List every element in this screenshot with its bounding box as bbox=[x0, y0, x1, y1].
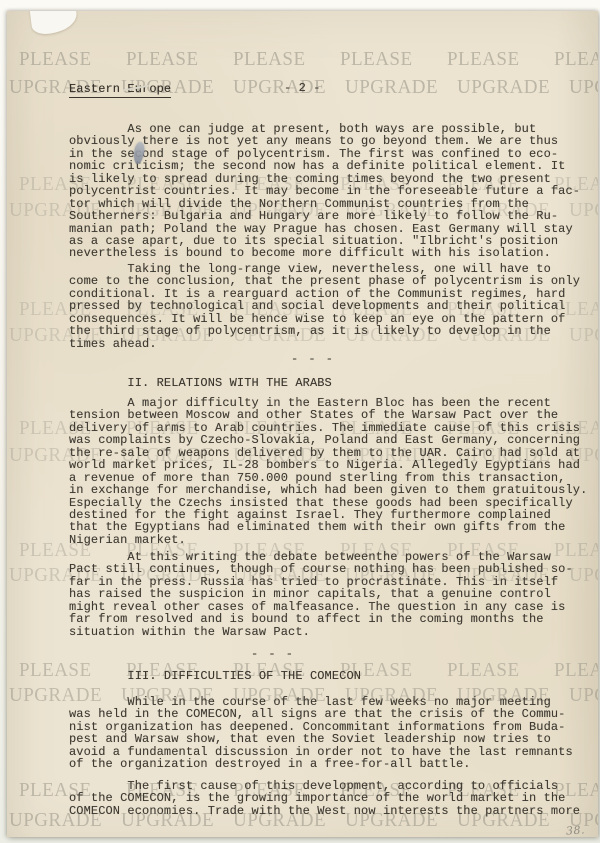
text-line: polycentrist countries. It may become in… bbox=[69, 185, 580, 197]
handwritten-page-number: 38. bbox=[566, 823, 586, 837]
text-line: pressed by technological and social deve… bbox=[69, 300, 580, 312]
section-heading: II. RELATIONS WITH THE ARABS bbox=[69, 377, 332, 389]
paragraph: While in the course of the last few week… bbox=[69, 696, 573, 771]
paragraph: Taking the long-range view, nevertheless… bbox=[69, 263, 580, 350]
text-line: Nigerian market. bbox=[69, 534, 587, 546]
text-line: nevertheless is bound to become more dif… bbox=[69, 247, 580, 259]
paragraph: A major difficulty in the Eastern Bloc h… bbox=[69, 397, 587, 546]
text-line: the third stage of polycentrism, as it i… bbox=[69, 325, 580, 337]
header-page-number: - 2 - bbox=[284, 81, 321, 95]
typed-layer: Eastern Europe - 2 - As one can judge at… bbox=[7, 11, 598, 837]
text-line: has raised the suspicion in minor capita… bbox=[69, 588, 573, 600]
text-line: Pact still continues, though of course n… bbox=[69, 563, 573, 575]
paragraph: The first cause of this development, acc… bbox=[69, 780, 580, 817]
text-line: was complaints by Czecho-Slovakia, Polan… bbox=[69, 434, 587, 446]
text-line: pest and Warsaw show, that even the Sovi… bbox=[69, 733, 573, 745]
text-line: - - - bbox=[291, 353, 335, 365]
section-heading: III. DIFFICULTIES OF THE COMECON bbox=[69, 670, 361, 682]
text-line: of the organization destroyed in a free-… bbox=[69, 758, 573, 770]
paper-sheet: PLEASEPLEASEPLEASEPLEASEPLEASEPLEASEUPGR… bbox=[7, 11, 598, 837]
text-line: tension between Moscow and other States … bbox=[69, 409, 587, 421]
text-line: nomic criticism; the second now has a de… bbox=[69, 160, 580, 172]
scanned-page: PLEASEPLEASEPLEASEPLEASEPLEASEPLEASEUPGR… bbox=[0, 0, 600, 843]
text-line: come to the conclusion, that the present… bbox=[69, 275, 580, 287]
separator: - - - bbox=[251, 648, 295, 660]
text-line: times ahead. bbox=[69, 338, 580, 350]
separator: - - - bbox=[291, 353, 335, 365]
text-line: in exchange for merchandise, which had b… bbox=[69, 484, 587, 496]
text-line: COMECON economies. Trade with the West n… bbox=[69, 805, 580, 817]
text-line: III. DIFFICULTIES OF THE COMECON bbox=[69, 670, 361, 682]
paragraph: As one can judge at present, both ways a… bbox=[69, 123, 580, 260]
text-line: far from resolved and is bound to affect… bbox=[69, 613, 573, 625]
text-line: - - - bbox=[251, 648, 295, 660]
text-line: world market prices, IL-28 bombers to Ni… bbox=[69, 459, 587, 471]
text-line: Southerners: Bulgaria and Hungary are mo… bbox=[69, 210, 580, 222]
text-line: obviously there is not yet any means to … bbox=[69, 135, 580, 147]
text-line: was held in the COMECON, all signs are t… bbox=[69, 708, 573, 720]
text-line: of the COMECON, is the growing importanc… bbox=[69, 792, 580, 804]
text-line: II. RELATIONS WITH THE ARABS bbox=[69, 377, 332, 389]
header-section-label: Eastern Europe bbox=[69, 82, 171, 98]
text-line: that the Egyptians had eliminated them w… bbox=[69, 521, 587, 533]
paragraph: At this writing the debate betweenthe po… bbox=[69, 551, 573, 638]
text-line: situation within the Warsaw Pact. bbox=[69, 626, 573, 638]
